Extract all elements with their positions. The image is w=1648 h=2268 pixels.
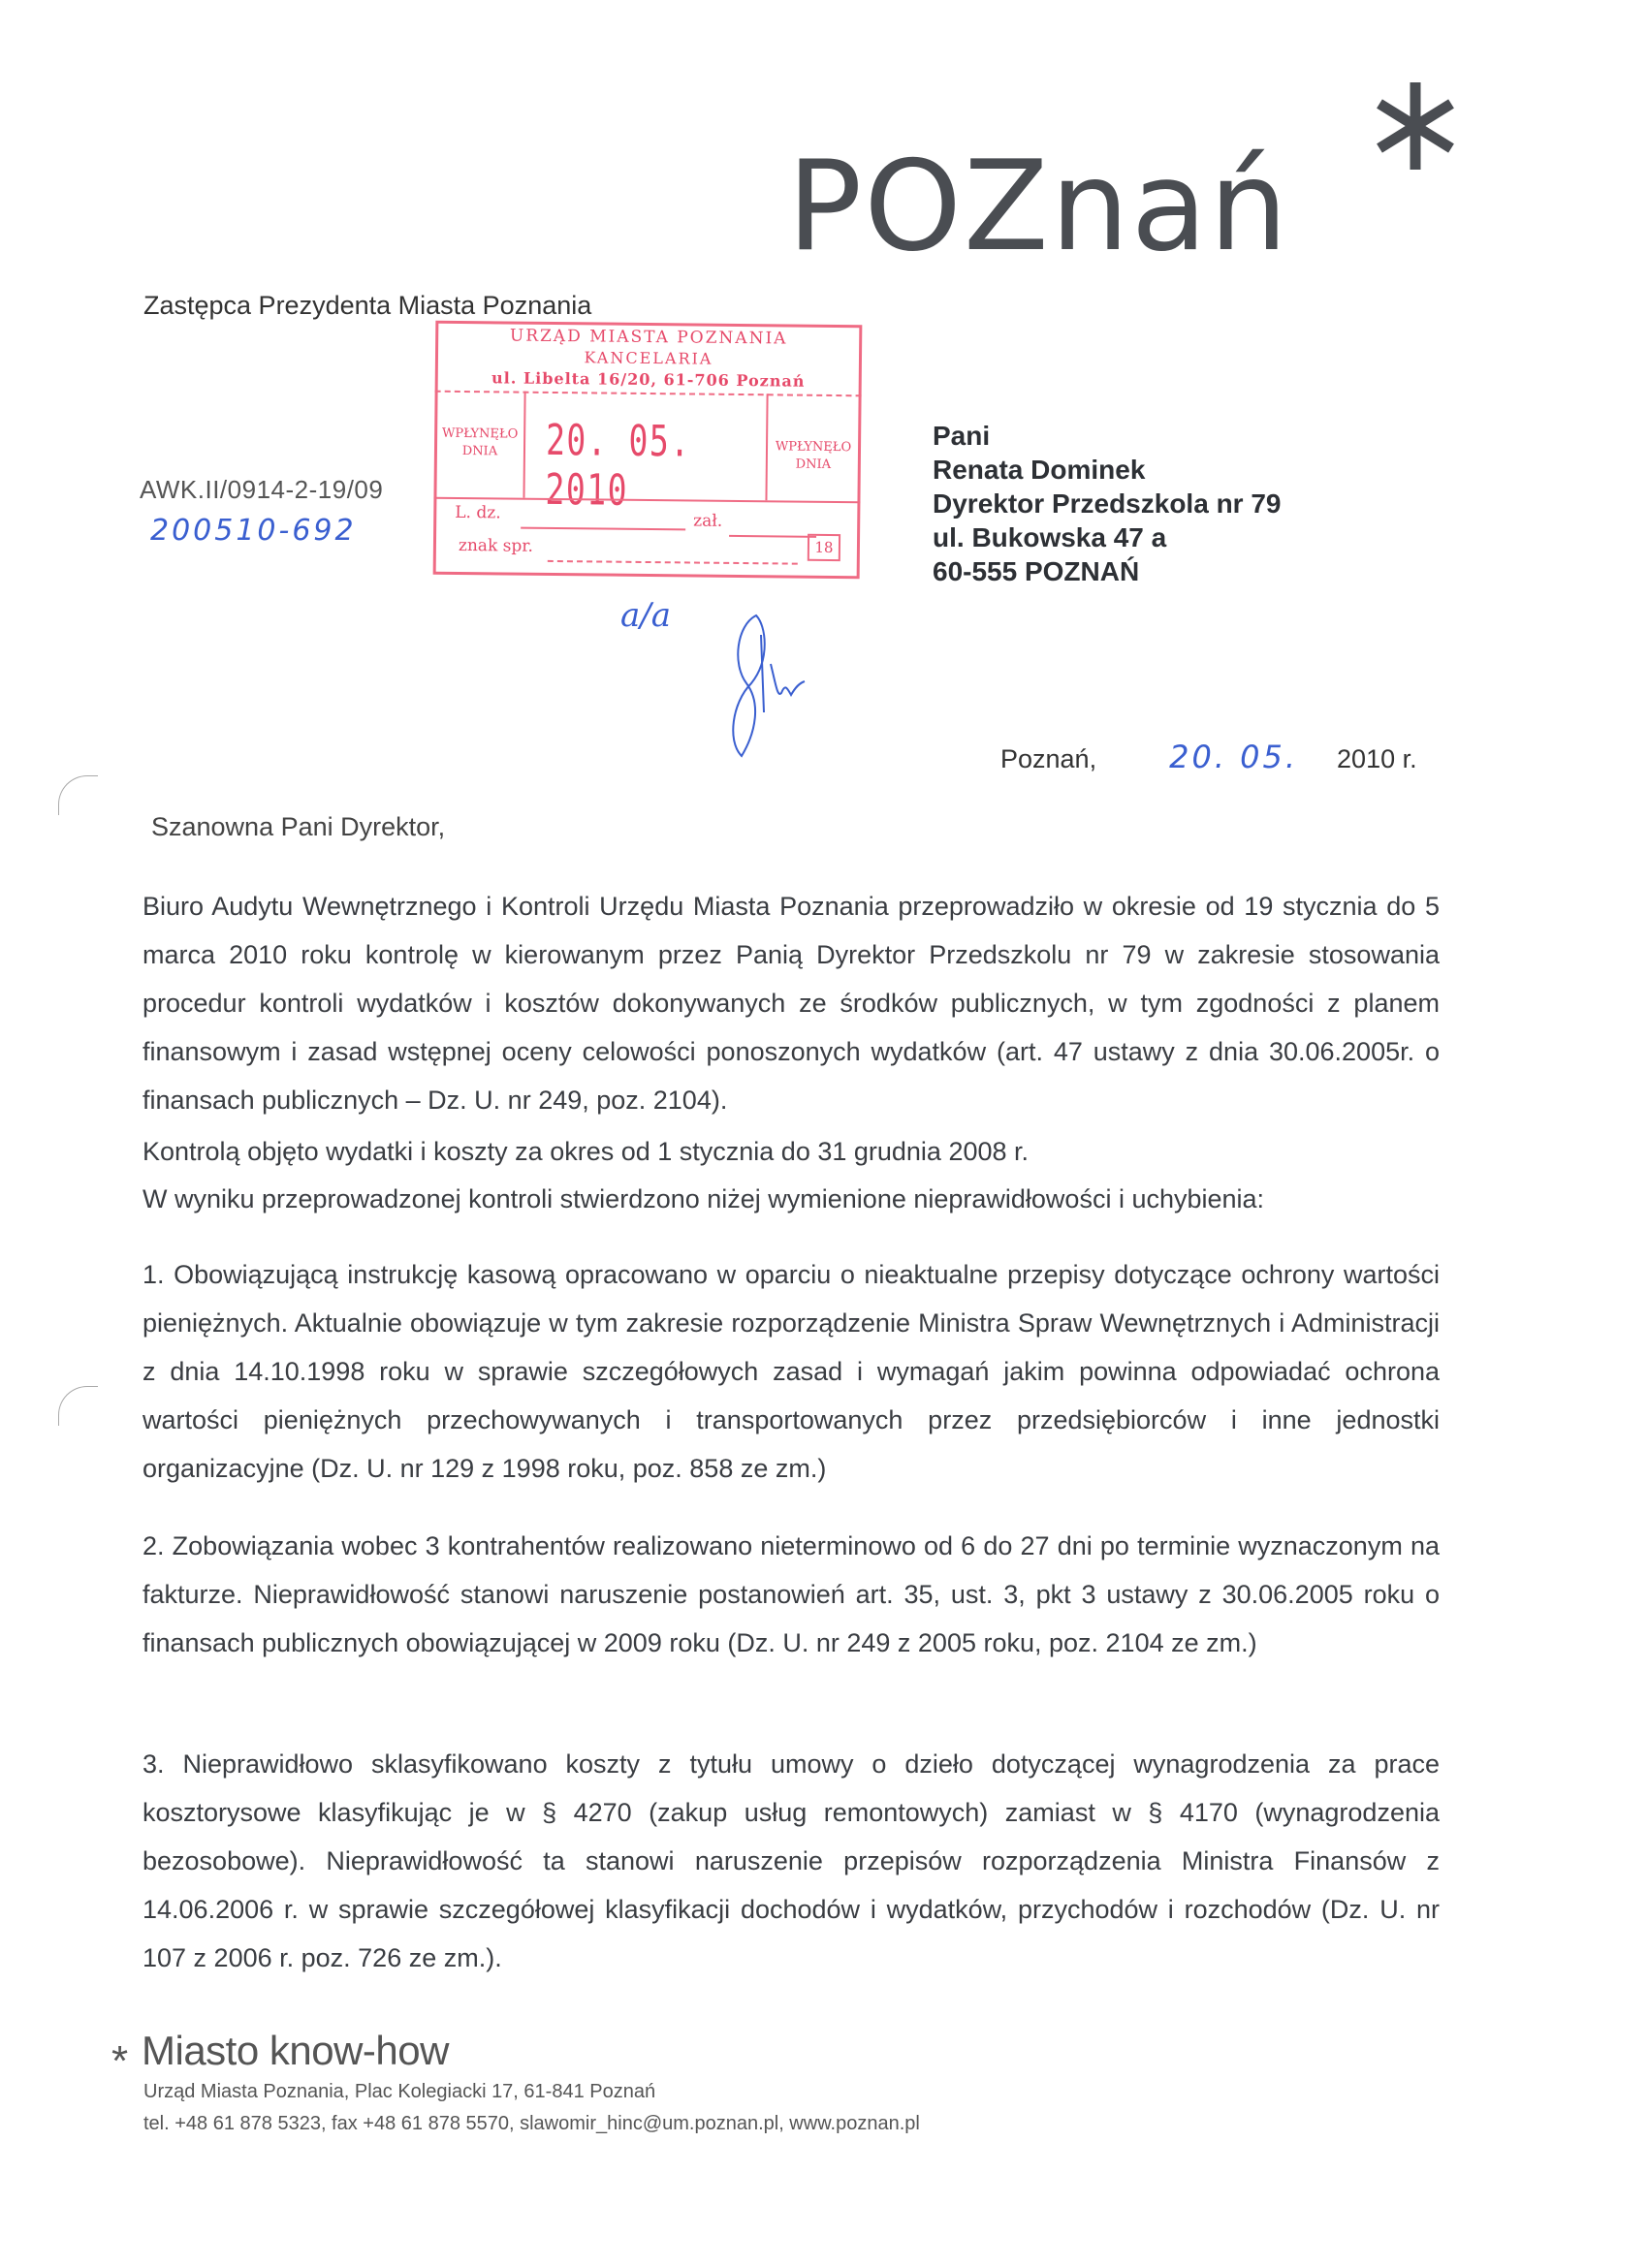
recipient-name: Renata Dominek xyxy=(933,453,1282,487)
stamp-field-zal: zał. xyxy=(693,511,722,530)
finding-2: 2. Zobowiązania wobec 3 kontrahentów rea… xyxy=(143,1522,1440,1667)
footer-contact: tel. +48 61 878 5323, fax +48 61 878 557… xyxy=(143,2113,920,2135)
dateline-city: Poznań, xyxy=(1000,744,1096,773)
stamp-day-text: DNIA xyxy=(770,456,857,474)
stamp-received-text: WPŁYNĘŁO xyxy=(770,438,857,457)
footer-address: Urząd Miasta Poznania, Plac Kolegiacki 1… xyxy=(143,2081,655,2103)
stamp-received-text: WPŁYNĘŁO xyxy=(436,425,523,444)
sender-title: Zastępca Prezydenta Miasta Poznania xyxy=(143,291,591,321)
stamp-field-ldz: L. dz. xyxy=(455,503,501,522)
stamp-field-znak: znak spr. xyxy=(459,536,533,556)
stamp-day-text: DNIA xyxy=(436,443,523,461)
finding-1: 1. Obowiązującą instrukcję kasową opraco… xyxy=(143,1250,1440,1493)
stamp-box-number: 18 xyxy=(808,534,840,561)
dateline-handwritten-date: 20. 05. xyxy=(1169,739,1298,775)
letter-dateline: Poznań,20. 05.2010 r. xyxy=(1000,739,1417,775)
stamp-received-label-right: WPŁYNĘŁO DNIA xyxy=(770,438,857,474)
scan-artifact xyxy=(58,1386,98,1426)
finding-text: 3. Nieprawidłowo sklasyfikowano koszty z… xyxy=(143,1740,1440,1982)
recipient-position: Dyrektor Przedszkola nr 79 xyxy=(933,487,1282,520)
footer-tagline: Miasto know-how xyxy=(142,2028,449,2074)
finding-3: 3. Nieprawidłowo sklasyfikowano koszty z… xyxy=(143,1740,1440,1982)
finding-text: 1. Obowiązującą instrukcję kasową opraco… xyxy=(143,1250,1440,1493)
greeting: Szanowna Pani Dyrektor, xyxy=(151,812,445,842)
logo-text-upper: POZ xyxy=(787,135,1051,279)
dateline-year: 2010 r. xyxy=(1337,744,1417,773)
registry-stamp: URZĄD MIASTA POZNANIA KANCELARIA ul. Lib… xyxy=(433,321,863,580)
footer-asterisk-icon: * xyxy=(111,2037,128,2086)
stamp-address: ul. Libelta 16/20, 61-706 Poznań xyxy=(435,367,862,394)
intro-paragraph: Biuro Audytu Wewnętrznego i Kontroli Urz… xyxy=(143,882,1440,1124)
signature-prefix: a/a xyxy=(620,596,671,635)
recipient-address: Pani Renata Dominek Dyrektor Przedszkola… xyxy=(933,419,1282,588)
body-intro: Biuro Audytu Wewnętrznego i Kontroli Urz… xyxy=(143,882,1440,1124)
stamp-header: URZĄD MIASTA POZNANIA KANCELARIA ul. Lib… xyxy=(435,325,863,394)
logo-text-lower: nań xyxy=(1051,135,1290,279)
recipient-salutation: Pani xyxy=(933,419,1282,453)
body-scope: Kontrolą objęto wydatki i koszty za okre… xyxy=(143,1127,1440,1176)
scope-paragraph: Kontrolą objęto wydatki i koszty za okre… xyxy=(143,1127,1440,1176)
finding-text: 2. Zobowiązania wobec 3 kontrahentów rea… xyxy=(143,1522,1440,1667)
handwritten-reference: 200510-692 xyxy=(150,514,357,548)
poznan-logo: POZnań xyxy=(787,145,1289,269)
findings-intro-paragraph: W wyniku przeprowadzonej kontroli stwier… xyxy=(143,1175,1440,1223)
body-findings-intro: W wyniku przeprowadzonej kontroli stwier… xyxy=(143,1175,1440,1223)
asterisk-icon xyxy=(1372,82,1459,170)
stamp-received-label-left: WPŁYNĘŁO DNIA xyxy=(436,425,523,461)
handwritten-signature xyxy=(717,606,863,761)
scan-artifact xyxy=(58,775,98,815)
recipient-street: ul. Bukowska 47 a xyxy=(933,520,1282,554)
reference-number: AWK.II/0914-2-19/09 xyxy=(140,475,383,505)
recipient-city: 60-555 POZNAŃ xyxy=(933,554,1282,588)
